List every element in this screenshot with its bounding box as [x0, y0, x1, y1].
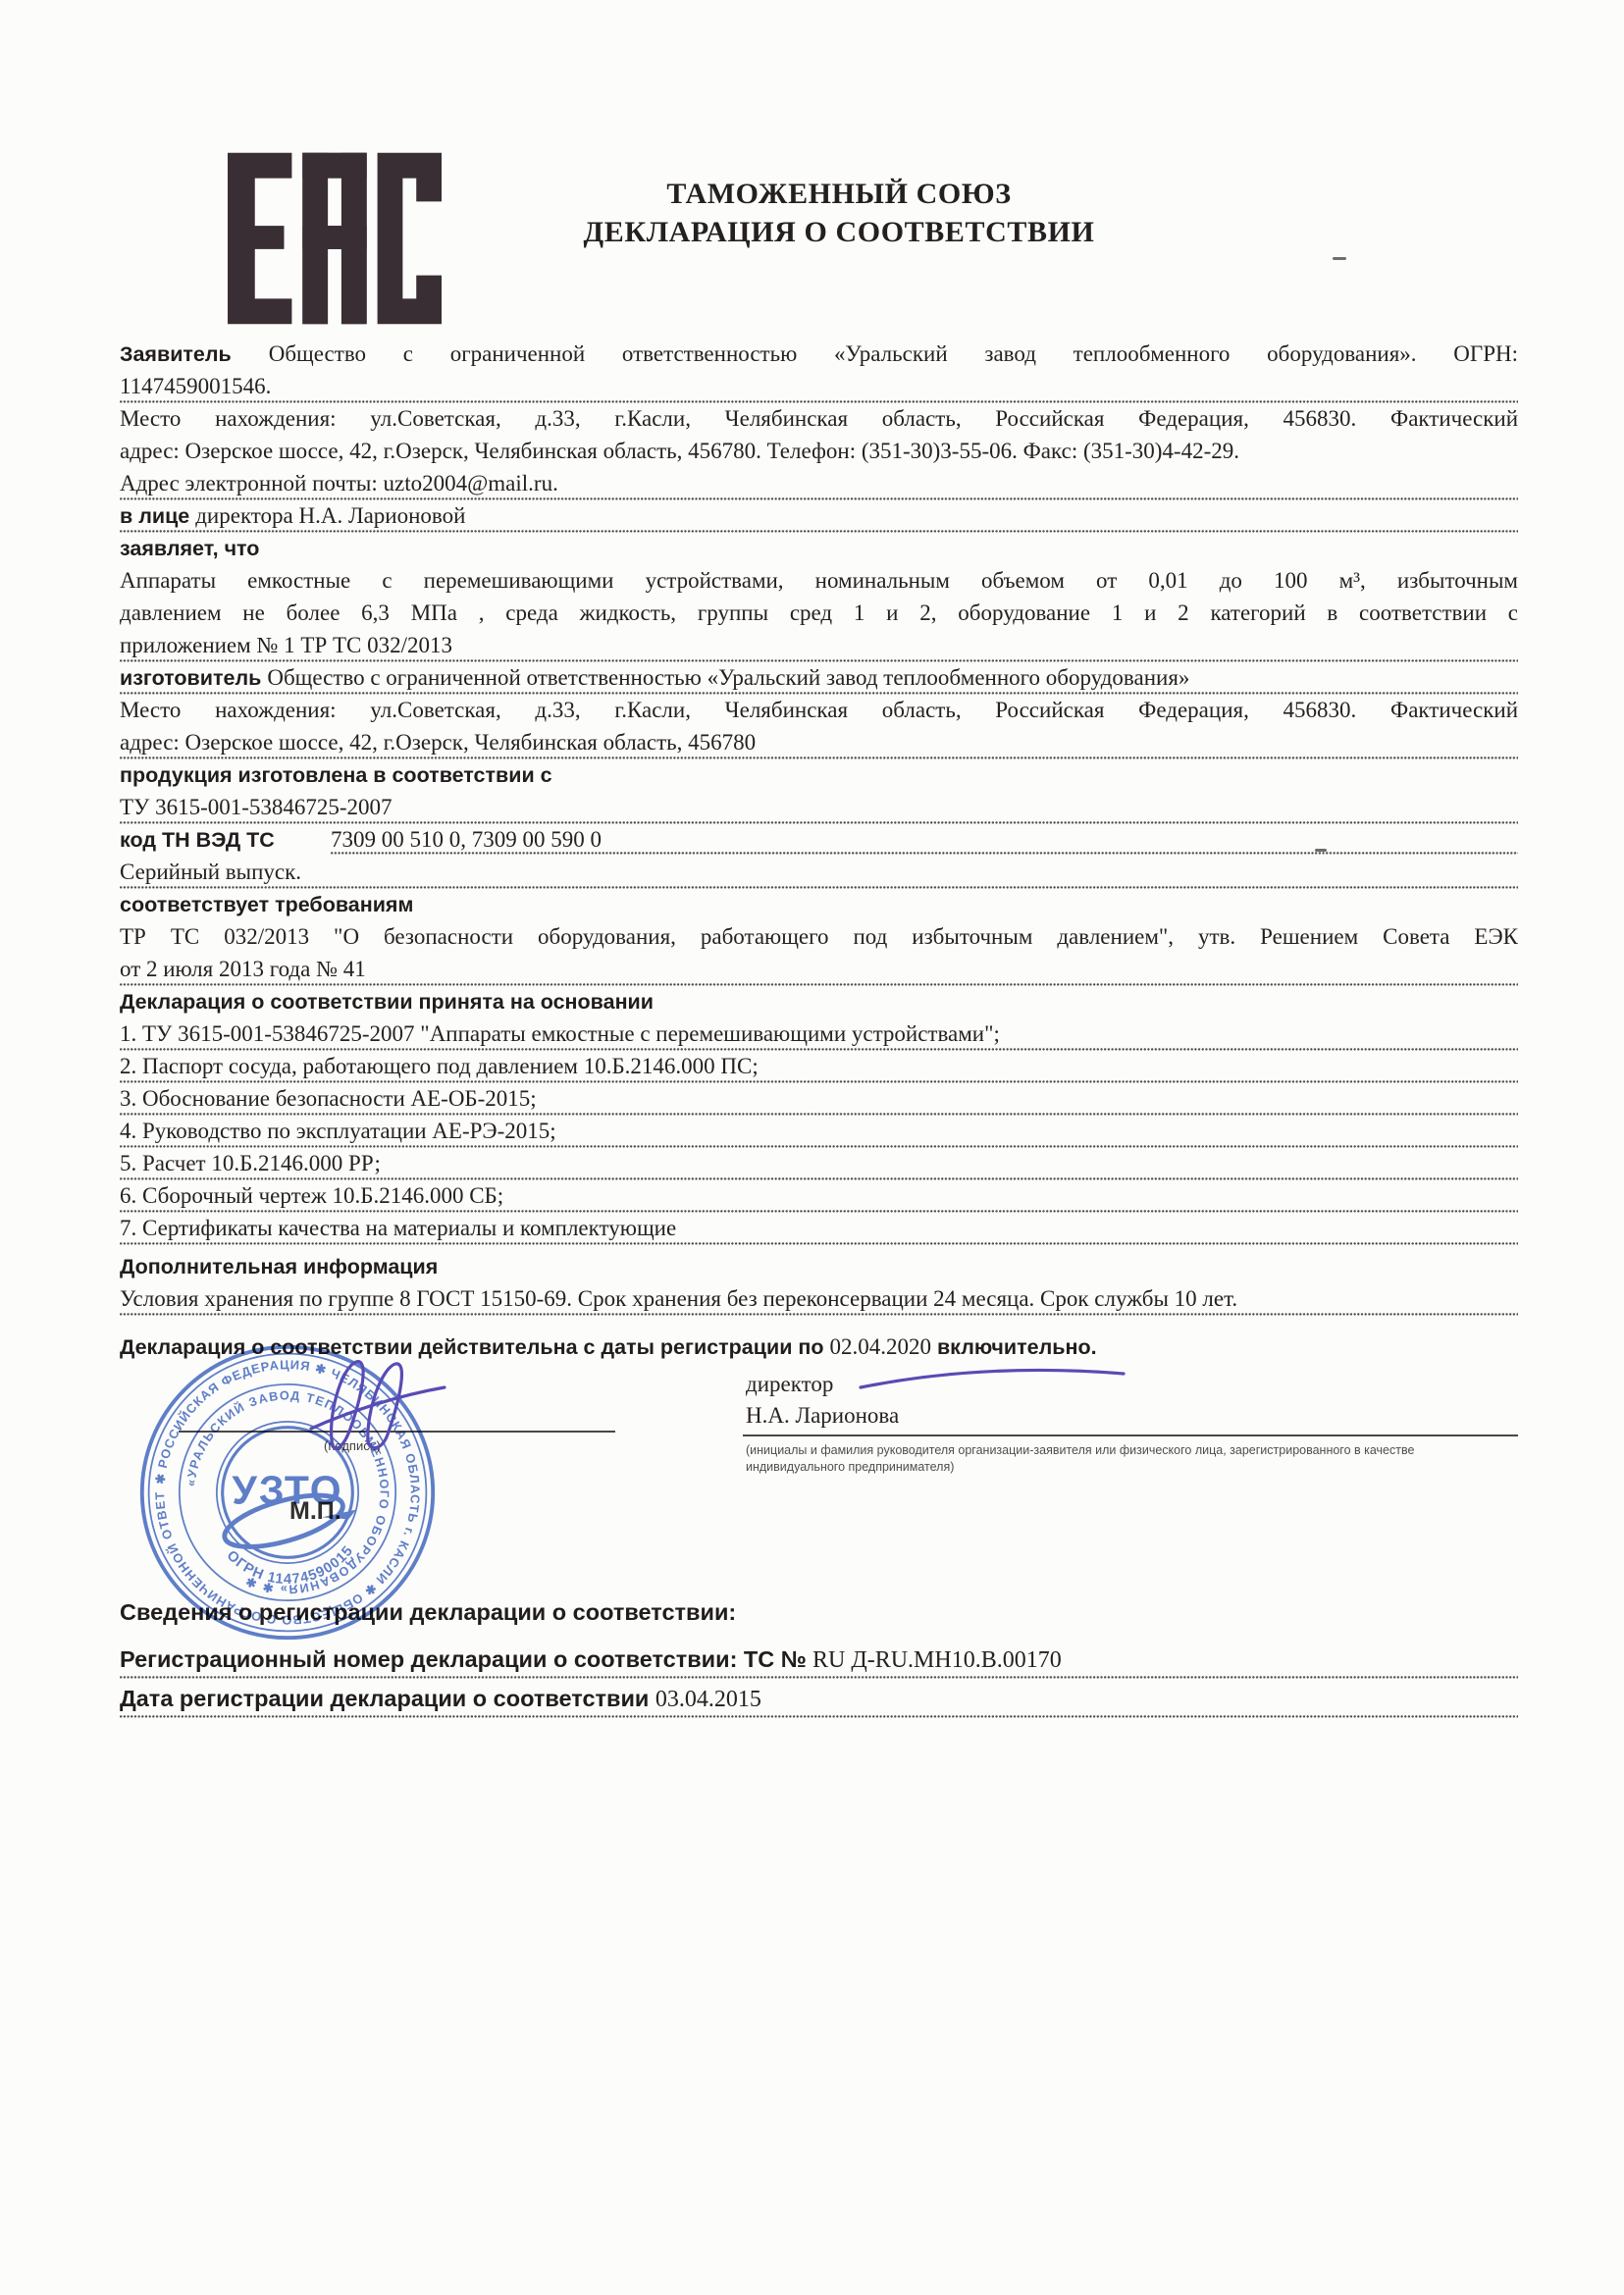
- field-text: RU Д-RU.МН10.В.00170: [807, 1647, 1062, 1673]
- basis-item-7: 7. Сертификаты качества на материалы и к…: [120, 1213, 1518, 1245]
- registration-number-line: Регистрационный номер декларации о соотв…: [120, 1642, 1518, 1679]
- registration-date-line: Дата регистрации декларации о соответств…: [120, 1681, 1518, 1718]
- field-label: изготовитель: [120, 666, 267, 690]
- field-label: в лице: [120, 504, 195, 528]
- basis-item-5: 5. Расчет 10.Б.2146.000 РР;: [120, 1148, 1518, 1180]
- field-text: приложением № 1 ТР ТС 032/2013: [120, 633, 452, 657]
- tnved-code-line: код ТН ВЭД ТС7309 00 510 0, 7309 00 590 …: [120, 824, 1518, 857]
- manufacturer-line: изготовитель Общество с ограниченной отв…: [120, 662, 1518, 695]
- tr-ts-line2: от 2 июля 2013 года № 41: [120, 954, 1518, 986]
- field-text: адрес: Озерское шоссе, 42, г.Озерск, Чел…: [120, 439, 1239, 463]
- serial-issue-line: Серийный выпуск.: [120, 857, 1518, 889]
- field-text: 5. Расчет 10.Б.2146.000 РР;: [120, 1151, 381, 1175]
- field-label: заявляет, что: [120, 537, 259, 560]
- field-text: Место нахождения: ул.Советская, д.33, г.…: [120, 406, 1518, 431]
- signature-area: ✱ РОССИЙСКАЯ ФЕДЕРАЦИЯ ✱ ЧЕЛЯБИНСКАЯ ОБЛ…: [120, 1364, 1518, 1594]
- adopted-basis-heading: Декларация о соответствии принята на осн…: [120, 986, 1518, 1018]
- tr-ts-line1: ТР ТС 032/2013 "О безопасности оборудова…: [120, 921, 1518, 954]
- field-text: директора Н.А. Ларионовой: [195, 503, 465, 528]
- applicant-line: Заявитель Общество с ограниченной ответс…: [120, 339, 1518, 371]
- field-text: давлением не более 6,3 МПа , среда жидко…: [120, 600, 1518, 625]
- field-label: Регистрационный номер декларации о соотв…: [120, 1646, 807, 1672]
- declaration-text-block: Заявитель Общество с ограниченной ответс…: [120, 339, 1518, 1364]
- field-label: код ТН ВЭД ТС: [120, 825, 331, 856]
- field-text: 4. Руководство по эксплуатации АЕ-РЭ-201…: [120, 1119, 556, 1143]
- basis-item-6: 6. Сборочный чертеж 10.Б.2146.000 СБ;: [120, 1180, 1518, 1213]
- signature-stroke: [272, 1346, 1155, 1456]
- product-desc-line2: давлением не более 6,3 МПа , среда жидко…: [120, 598, 1518, 630]
- ogrn-line: 1147459001546.: [120, 371, 1518, 403]
- declaration-document-page: ТАМОЖЕННЫЙ СОЮЗ ДЕКЛАРАЦИЯ О СООТВЕТСТВИ…: [0, 0, 1624, 2295]
- in-person-line: в лице директора Н.А. Ларионовой: [120, 500, 1518, 533]
- stamp-center-text: УЗТО: [232, 1468, 342, 1513]
- field-label: Заявитель: [120, 342, 269, 366]
- manufacturer-address-line1: Место нахождения: ул.Советская, д.33, г.…: [120, 695, 1518, 727]
- field-text: Условия хранения по группе 8 ГОСТ 15150-…: [120, 1286, 1237, 1311]
- field-text: 7. Сертификаты качества на материалы и к…: [120, 1216, 676, 1240]
- field-label: продукция изготовлена в соответствии с: [120, 763, 552, 787]
- field-label: Декларация о соответствии принята на осн…: [120, 990, 654, 1014]
- storage-conditions-line: Условия хранения по группе 8 ГОСТ 15150-…: [120, 1283, 1518, 1316]
- field-text: 1. ТУ 3615-001-53846725-2007 "Аппараты е…: [120, 1021, 1000, 1046]
- basis-item-1: 1. ТУ 3615-001-53846725-2007 "Аппараты е…: [120, 1018, 1518, 1051]
- field-text: ТУ 3615-001-53846725-2007: [120, 795, 393, 819]
- tu-standard-line: ТУ 3615-001-53846725-2007: [120, 792, 1518, 824]
- document-body: Заявитель Общество с ограниченной ответс…: [120, 339, 1518, 1718]
- applicant-address-line1: Место нахождения: ул.Советская, д.33, г.…: [120, 403, 1518, 436]
- field-label: соответствует требованиям: [120, 893, 413, 916]
- field-text: 6. Сборочный чертеж 10.Б.2146.000 СБ;: [120, 1183, 503, 1208]
- field-text: Общество с ограниченной ответственностью…: [267, 665, 1189, 690]
- additional-info-heading: Дополнительная информация: [120, 1251, 1518, 1283]
- field-text: адрес: Озерское шоссе, 42, г.Озерск, Чел…: [120, 730, 756, 755]
- field-text: 03.04.2015: [655, 1687, 761, 1712]
- complies-heading: соответствует требованиям: [120, 889, 1518, 921]
- field-text: Общество с ограниченной ответственностью…: [269, 341, 1518, 366]
- produced-according-heading: продукция изготовлена в соответствии с: [120, 759, 1518, 792]
- field-label: Дата регистрации декларации о соответств…: [120, 1686, 655, 1711]
- applicant-address-line2: адрес: Озерское шоссе, 42, г.Озерск, Чел…: [120, 436, 1518, 468]
- field-label: Дополнительная информация: [120, 1255, 438, 1278]
- scan-artifact: [1333, 257, 1346, 260]
- field-text: 7309 00 510 0, 7309 00 590 0: [331, 824, 1518, 855]
- field-text: 2. Паспорт сосуда, работающего под давле…: [120, 1054, 759, 1078]
- basis-item-4: 4. Руководство по эксплуатации АЕ-РЭ-201…: [120, 1116, 1518, 1148]
- title-line-2: ДЕКЛАРАЦИЯ О СООТВЕТСТВИИ: [206, 213, 1472, 251]
- manufacturer-address-line2: адрес: Озерское шоссе, 42, г.Озерск, Чел…: [120, 727, 1518, 759]
- document-title: ТАМОЖЕННЫЙ СОЮЗ ДЕКЛАРАЦИЯ О СООТВЕТСТВИ…: [206, 175, 1472, 251]
- field-text: 3. Обоснование безопасности АЕ-ОБ-2015;: [120, 1086, 537, 1111]
- field-text: Аппараты емкостные с перемешивающими уст…: [120, 568, 1518, 593]
- field-text: Адрес электронной почты: uzto2004@mail.r…: [120, 471, 558, 496]
- field-text: Серийный выпуск.: [120, 860, 301, 884]
- product-desc-line1: Аппараты емкостные с перемешивающими уст…: [120, 565, 1518, 598]
- field-text: от 2 июля 2013 года № 41: [120, 957, 366, 981]
- field-text: ТР ТС 032/2013 "О безопасности оборудова…: [120, 924, 1518, 949]
- title-line-1: ТАМОЖЕННЫЙ СОЮЗ: [206, 175, 1472, 213]
- field-text: Место нахождения: ул.Советская, д.33, г.…: [120, 698, 1518, 722]
- basis-item-3: 3. Обоснование безопасности АЕ-ОБ-2015;: [120, 1083, 1518, 1116]
- field-text: 1147459001546.: [120, 374, 271, 398]
- email-line: Адрес электронной почты: uzto2004@mail.r…: [120, 468, 1518, 500]
- declares-heading: заявляет, что: [120, 533, 1518, 565]
- basis-item-2: 2. Паспорт сосуда, работающего под давле…: [120, 1051, 1518, 1083]
- product-desc-line3: приложением № 1 ТР ТС 032/2013: [120, 630, 1518, 662]
